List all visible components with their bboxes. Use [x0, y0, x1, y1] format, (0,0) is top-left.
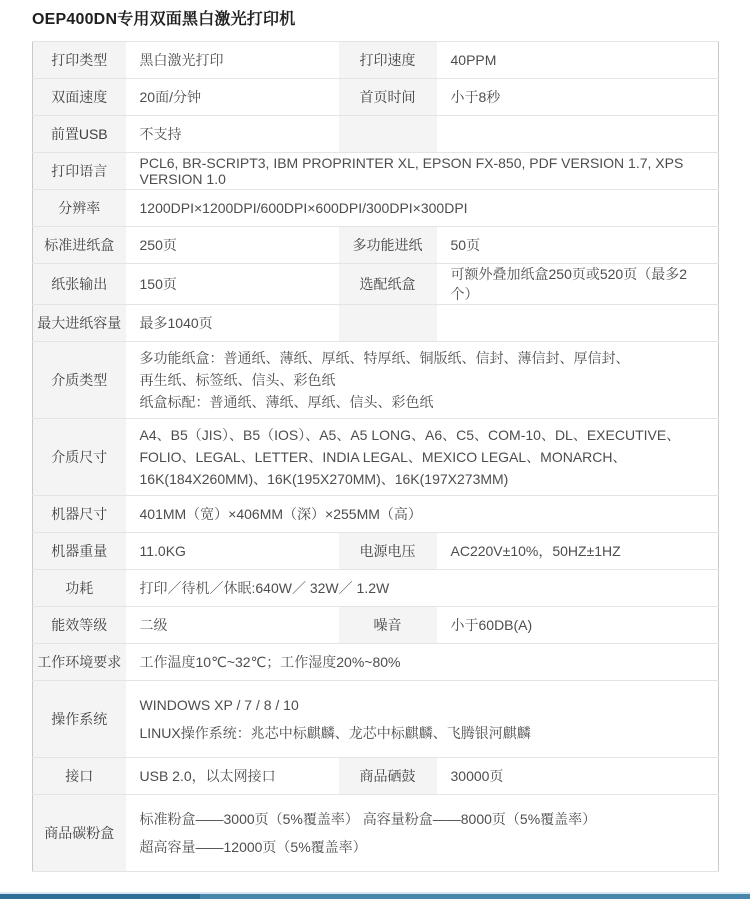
spec-value-cell: PCL6, BR-SCRIPT3, IBM PROPRINTER XL, EPS…	[126, 153, 719, 190]
spec-value-cell: 标准粉盒——3000页（5%覆盖率） 高容量粉盒——8000页（5%覆盖率） 超…	[126, 795, 719, 872]
spec-row: 介质类型多功能纸盒：普通纸、薄纸、厚纸、特厚纸、铜版纸、信封、薄信封、厚信封、 …	[33, 342, 719, 419]
spec-label-cell: 标准进纸盒	[33, 227, 126, 264]
spec-label-cell: 选配纸盒	[339, 264, 437, 305]
spec-label-cell: 工作环境要求	[33, 644, 126, 681]
spec-value-cell: 不支持	[126, 116, 339, 153]
spec-row: 能效等级二级噪音小于60DB(A)	[33, 607, 719, 644]
spec-row: 机器重量11.0KG电源电压AC220V±10%，50HZ±1HZ	[33, 533, 719, 570]
spec-row: 操作系统WINDOWS XP / 7 / 8 / 10 LINUX操作系统：兆芯…	[33, 681, 719, 758]
spec-label-cell: 噪音	[339, 607, 437, 644]
spec-value-cell: 二级	[126, 607, 339, 644]
spec-row: 双面速度20面/分钟首页时间小于8秒	[33, 79, 719, 116]
product-spec-page: OEP400DN专用双面黑白激光打印机 打印类型黑白激光打印打印速度40PPM双…	[0, 0, 750, 899]
footer-bar-right-segment	[200, 894, 750, 899]
spec-row: 打印类型黑白激光打印打印速度40PPM	[33, 42, 719, 79]
spec-value-cell: 250页	[126, 227, 339, 264]
spec-value-cell: 小于8秒	[437, 79, 719, 116]
spec-label-cell: 双面速度	[33, 79, 126, 116]
spec-row: 纸张输出150页选配纸盒可额外叠加纸盒250页或520页（最多2个）	[33, 264, 719, 305]
spec-label-cell: 介质尺寸	[33, 419, 126, 496]
spec-value-cell: USB 2.0，以太网接口	[126, 758, 339, 795]
spec-label-cell: 纸张输出	[33, 264, 126, 305]
spec-value-cell: 11.0KG	[126, 533, 339, 570]
spec-value-cell: 20面/分钟	[126, 79, 339, 116]
spec-value-cell: 工作温度10℃~32℃；工作湿度20%~80%	[126, 644, 719, 681]
footer-bar	[0, 892, 750, 899]
spec-label-cell: 多功能进纸	[339, 227, 437, 264]
spec-row: 前置USB不支持	[33, 116, 719, 153]
footer-bar-left-segment	[0, 894, 200, 899]
spec-label-cell: 功耗	[33, 570, 126, 607]
spec-label-cell: 能效等级	[33, 607, 126, 644]
spec-label-cell: 打印速度	[339, 42, 437, 79]
spec-label-cell: 机器尺寸	[33, 496, 126, 533]
spec-row: 功耗打印／待机／休眠:640W／ 32W／ 1.2W	[33, 570, 719, 607]
spec-value-cell: 小于60DB(A)	[437, 607, 719, 644]
spec-value-cell: AC220V±10%，50HZ±1HZ	[437, 533, 719, 570]
spec-label-cell: 首页时间	[339, 79, 437, 116]
spec-value-cell: 40PPM	[437, 42, 719, 79]
spec-label-cell: 机器重量	[33, 533, 126, 570]
spec-value-cell	[437, 116, 719, 153]
spec-label-cell: 商品碳粉盒	[33, 795, 126, 872]
spec-value-cell: 150页	[126, 264, 339, 305]
spec-row: 最大进纸容量最多1040页	[33, 305, 719, 342]
spec-value-cell	[437, 305, 719, 342]
spec-table-body: 打印类型黑白激光打印打印速度40PPM双面速度20面/分钟首页时间小于8秒前置U…	[33, 42, 719, 872]
spec-label-cell: 商品硒鼓	[339, 758, 437, 795]
page-title: OEP400DN专用双面黑白激光打印机	[32, 6, 295, 29]
spec-value-cell: 1200DPI×1200DPI/600DPI×600DPI/300DPI×300…	[126, 190, 719, 227]
spec-row: 标准进纸盒250页多功能进纸50页	[33, 227, 719, 264]
spec-value-cell: 401MM（宽）×406MM（深）×255MM（高）	[126, 496, 719, 533]
spec-value-cell: 最多1040页	[126, 305, 339, 342]
spec-value-cell: WINDOWS XP / 7 / 8 / 10 LINUX操作系统：兆芯中标麒麟…	[126, 681, 719, 758]
spec-row: 接口USB 2.0，以太网接口商品硒鼓30000页	[33, 758, 719, 795]
spec-label-cell: 最大进纸容量	[33, 305, 126, 342]
spec-row: 机器尺寸401MM（宽）×406MM（深）×255MM（高）	[33, 496, 719, 533]
spec-label-cell: 分辨率	[33, 190, 126, 227]
spec-label-cell: 打印语言	[33, 153, 126, 190]
spec-value-cell: A4、B5（JIS）、B5（IOS）、A5、A5 LONG、A6、C5、COM-…	[126, 419, 719, 496]
spec-label-cell: 操作系统	[33, 681, 126, 758]
spec-value-cell: 打印／待机／休眠:640W／ 32W／ 1.2W	[126, 570, 719, 607]
spec-value-cell: 黑白激光打印	[126, 42, 339, 79]
spec-label-cell	[339, 116, 437, 153]
spec-value-cell: 30000页	[437, 758, 719, 795]
spec-label-cell	[339, 305, 437, 342]
spec-value-cell: 可额外叠加纸盒250页或520页（最多2个）	[437, 264, 719, 305]
spec-label-cell: 接口	[33, 758, 126, 795]
spec-value-cell: 多功能纸盒：普通纸、薄纸、厚纸、特厚纸、铜版纸、信封、薄信封、厚信封、 再生纸、…	[126, 342, 719, 419]
spec-row: 打印语言PCL6, BR-SCRIPT3, IBM PROPRINTER XL,…	[33, 153, 719, 190]
spec-row: 工作环境要求工作温度10℃~32℃；工作湿度20%~80%	[33, 644, 719, 681]
spec-table: 打印类型黑白激光打印打印速度40PPM双面速度20面/分钟首页时间小于8秒前置U…	[32, 41, 719, 872]
spec-label-cell: 电源电压	[339, 533, 437, 570]
spec-value-cell: 50页	[437, 227, 719, 264]
spec-row: 介质尺寸A4、B5（JIS）、B5（IOS）、A5、A5 LONG、A6、C5、…	[33, 419, 719, 496]
spec-label-cell: 前置USB	[33, 116, 126, 153]
spec-row: 商品碳粉盒标准粉盒——3000页（5%覆盖率） 高容量粉盒——8000页（5%覆…	[33, 795, 719, 872]
spec-row: 分辨率1200DPI×1200DPI/600DPI×600DPI/300DPI×…	[33, 190, 719, 227]
spec-label-cell: 介质类型	[33, 342, 126, 419]
spec-label-cell: 打印类型	[33, 42, 126, 79]
